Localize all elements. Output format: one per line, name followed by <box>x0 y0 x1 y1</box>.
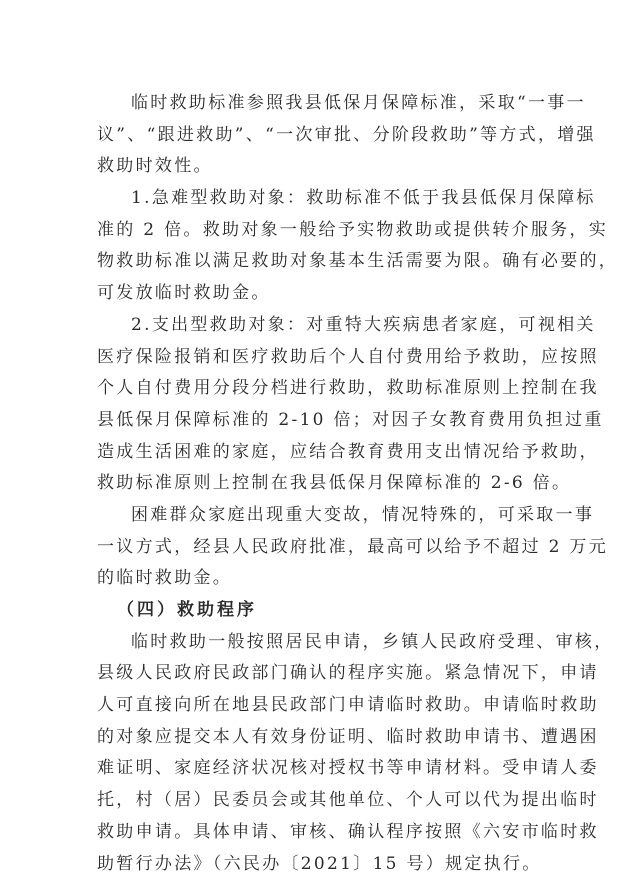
paragraph-line: 困难群众家庭出现重大变故，情况特殊的，可采取一事 <box>97 500 529 532</box>
paragraph-line: 1.急难型救助对象：救助标准不低于我县低保月保障标 <box>97 183 529 215</box>
paragraph-line: 准的 2 倍。救助对象一般给予实物救助或提供转介服务，实 <box>97 215 529 247</box>
paragraph-line: 造成生活困难的家庭，应结合教育费用支出情况给予救助， <box>97 437 529 469</box>
paragraph-line: 的临时救助金。 <box>97 563 529 595</box>
paragraph-line: 个人自付费用分段分档进行救助，救助标准原则上控制在我 <box>97 373 529 405</box>
paragraph-line: 2.支出型救助对象：对重特大疾病患者家庭，可视相关 <box>97 310 529 342</box>
paragraph-line: 可发放临时救助金。 <box>97 278 529 310</box>
paragraph-line: 救助标准原则上控制在我县低保月保障标准的 2-6 倍。 <box>97 468 529 500</box>
paragraph-line: 人可直接向所在地县民政部门申请临时救助。申请临时救助 <box>97 690 529 722</box>
paragraph-line: 救助申请。具体申请、审核、确认程序按照《六安市临时救 <box>97 817 529 849</box>
section-heading: （四）救助程序 <box>97 595 529 627</box>
paragraph-line: 救助时效性。 <box>97 151 529 183</box>
paragraph-line: 临时救助一般按照居民申请，乡镇人民政府受理、审核， <box>97 627 529 659</box>
paragraph-line: 一议方式，经县人民政府批准，最高可以给予不超过 2 万元 <box>97 532 529 564</box>
paragraph-line: 托，村（居）民委员会或其他单位、个人可以代为提出临时 <box>97 785 529 817</box>
paragraph-line: 议”、“跟进救助”、“一次审批、分阶段救助”等方式，增强 <box>97 120 529 152</box>
paragraph-line: 县低保月保障标准的 2-10 倍；对因子女教育费用负担过重 <box>97 405 529 437</box>
paragraph-line: 医疗保险报销和医疗救助后个人自付费用给予救助，应按照 <box>97 342 529 374</box>
document-page: 临时救助标准参照我县低保月保障标准，采取“一事一 议”、“跟进救助”、“一次审批… <box>97 88 529 880</box>
paragraph-line: 临时救助标准参照我县低保月保障标准，采取“一事一 <box>97 88 529 120</box>
paragraph-line: 助暂行办法》（六民办〔2021〕15 号）规定执行。 <box>97 849 529 881</box>
paragraph-line: 的对象应提交本人有效身份证明、临时救助申请书、遭遇困 <box>97 722 529 754</box>
paragraph-line: 物救助标准以满足救助对象基本生活需要为限。确有必要的， <box>97 246 529 278</box>
paragraph-line: 难证明、家庭经济状况核对授权书等申请材料。受申请人委 <box>97 753 529 785</box>
paragraph-line: 县级人民政府民政部门确认的程序实施。紧急情况下，申请 <box>97 658 529 690</box>
